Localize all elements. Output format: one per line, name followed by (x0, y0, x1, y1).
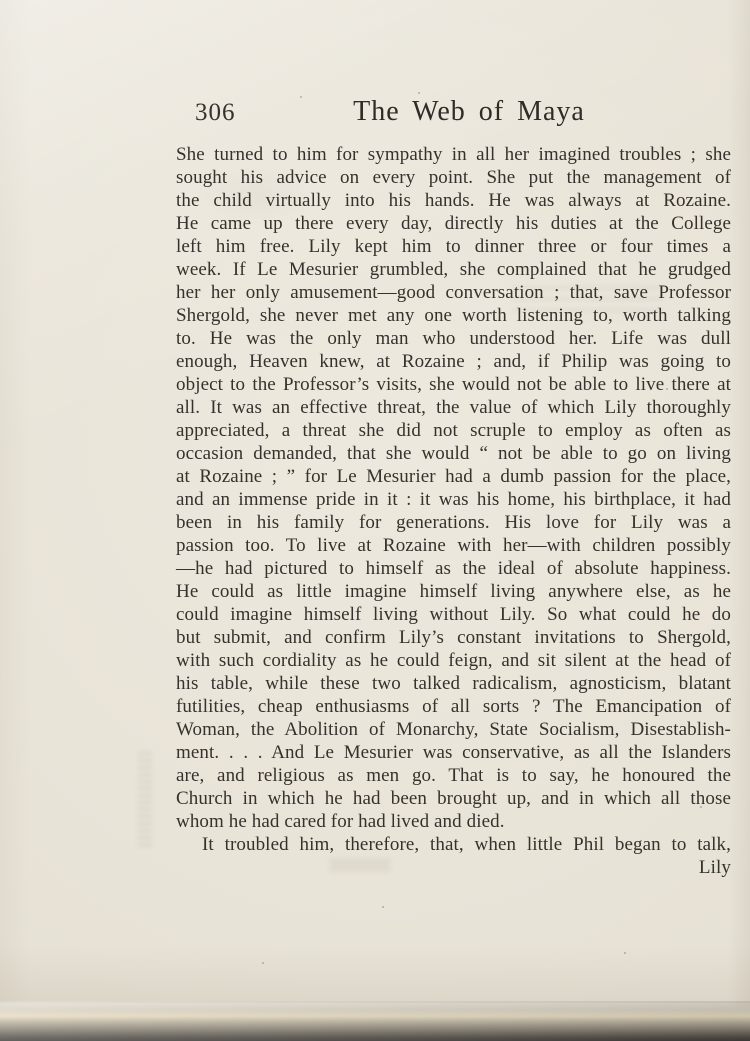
foxing-speck (382, 906, 384, 908)
page-edge-shadow (0, 943, 750, 1003)
text-line: object to the Professor’s visits, she wo… (176, 373, 731, 396)
text-line: ment. . . . And Le Mesurier was conserva… (176, 741, 731, 764)
text-line: her her only amusement—good conversation… (176, 281, 731, 304)
text-line: left him free. Lily kept him to dinner t… (176, 235, 731, 258)
book-bottom-edge (0, 1001, 750, 1041)
text-line: the child virtually into his hands. He w… (176, 189, 731, 212)
text-line: He could as little imagine himself livin… (176, 580, 731, 603)
text-line: could imagine himself living without Lil… (176, 603, 731, 626)
running-title: The Web of Maya (353, 96, 585, 128)
text-line: with such cordiality as he could feign, … (176, 649, 731, 672)
text-line: He came up there every day, directly his… (176, 212, 731, 235)
text-line: but submit, and confirm Lily’s constant … (176, 626, 731, 649)
text-line: —he had pictured to himself as the ideal… (176, 557, 731, 580)
text-line: week. If Le Mesurier grumbled, she compl… (176, 258, 731, 281)
foxing-speck (418, 92, 420, 94)
body-text: She turned to him for sympathy in all he… (176, 143, 731, 879)
catchword: Lily (176, 856, 731, 879)
text-line: his table, while these two talked radica… (176, 672, 731, 695)
text-line: been in his family for generations. His … (176, 511, 731, 534)
page-scan: { "page": { "number": "306", "running_ti… (0, 0, 750, 1041)
text-line: appreciated, a threat she did not scrupl… (176, 419, 731, 442)
text-line: at Rozaine ; ” for Le Mesurier had a dum… (176, 465, 731, 488)
text-line: It troubled him, therefore, that, when l… (176, 833, 731, 856)
text-line: sought his advice on every point. She pu… (176, 166, 731, 189)
text-line: all. It was an effective threat, the val… (176, 396, 731, 419)
foxing-speck (300, 96, 302, 98)
text-line: passion too. To live at Rozaine with her… (176, 534, 731, 557)
text-line: are, and religious as men go. That is to… (176, 764, 731, 787)
text-line: and an immense pride in it : it was his … (176, 488, 731, 511)
text-line: futilities, cheap enthusiasms of all sor… (176, 695, 731, 718)
text-line: occasion demanded, that she would “ not … (176, 442, 731, 465)
text-line: whom he had cared for had lived and died… (176, 810, 731, 833)
text-line: She turned to him for sympathy in all he… (176, 143, 731, 166)
page-number: 306 (195, 99, 236, 127)
text-line: Church in which he had been brought up, … (176, 787, 731, 810)
text-line: to. He was the only man who understood h… (176, 327, 731, 350)
text-line: Shergold, she never met any one worth li… (176, 304, 731, 327)
text-line: Woman, the Abolition of Monarchy, State … (176, 718, 731, 741)
text-line: enough, Heaven knew, at Rozaine ; and, i… (176, 350, 731, 373)
showthrough-smudge (138, 752, 152, 847)
